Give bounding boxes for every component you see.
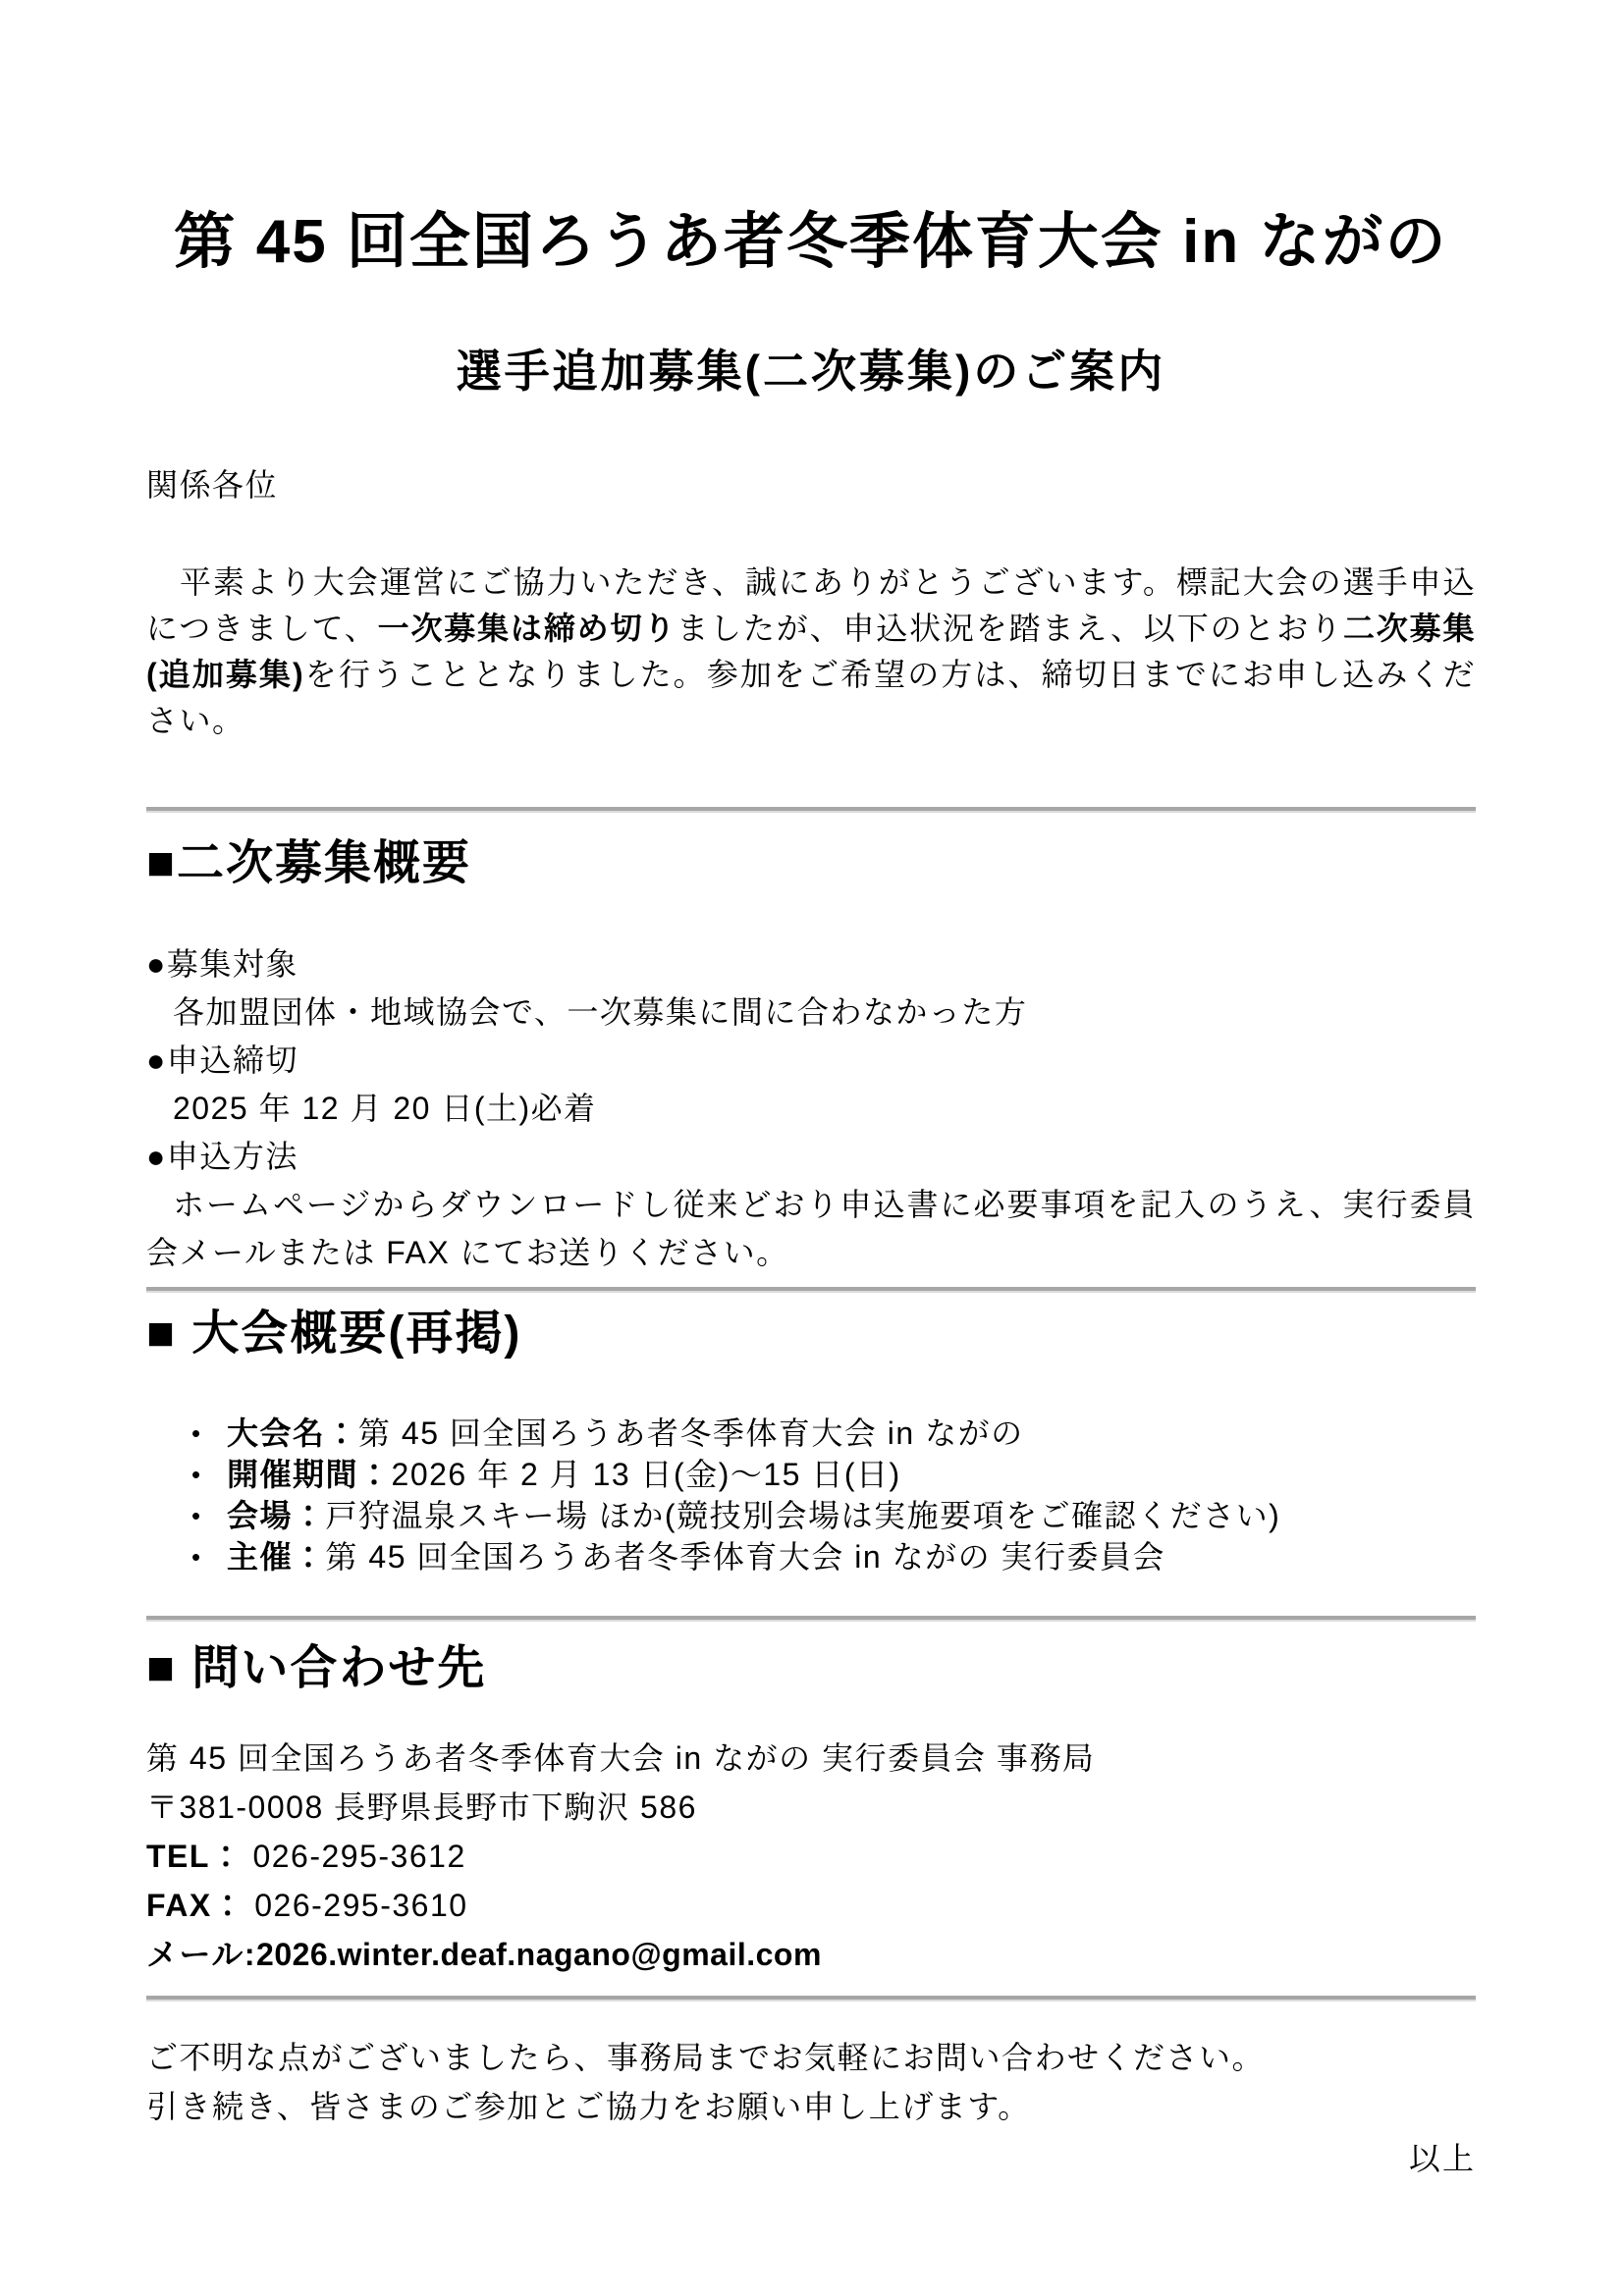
- contact-fax: FAX：026-295-3610: [146, 1890, 1476, 1921]
- bullet-icon: •: [191, 1413, 227, 1454]
- detail-label: 申込締切: [167, 1042, 298, 1078]
- closing-paragraph: ご不明な点がございましたら、事務局までお気軽にお問い合わせください。 引き続き、…: [146, 2033, 1476, 2131]
- horizontal-rule: [146, 1616, 1476, 1622]
- list-item-value: 戸狩温泉スキー場 ほか(競技別会場は実施要項をご確認ください): [326, 1498, 1281, 1533]
- list-item-label: 主催：: [227, 1539, 326, 1575]
- circle-bullet-icon: ●: [146, 946, 167, 982]
- intro-bold-1: 一次募集は締め切り: [378, 611, 677, 646]
- horizontal-rule: [146, 1996, 1476, 2002]
- detail-body: 各加盟団体・地域協会で、一次募集に間に合わなかった方: [146, 988, 1476, 1037]
- list-item-value: 第 45 回全国ろうあ者冬季体育大会 in ながの 実行委員会: [326, 1539, 1165, 1575]
- detail-item-method: ●申込方法: [146, 1133, 1476, 1181]
- detail-label: 募集対象: [167, 946, 298, 982]
- closing-mark: 以上: [146, 2139, 1476, 2178]
- circle-bullet-icon: ●: [146, 1139, 167, 1174]
- list-item-text: 開催期間：2026 年 2 月 13 日(金)～15 日(日): [227, 1454, 901, 1495]
- event-overview-list: • 大会名：第 45 回全国ろうあ者冬季体育大会 in ながの • 開催期間：2…: [146, 1413, 1476, 1577]
- page-subtitle: 選手追加募集(二次募集)のご案内: [146, 346, 1476, 397]
- list-item-label: 開催期間：: [227, 1457, 392, 1492]
- list-item-event-name: • 大会名：第 45 回全国ろうあ者冬季体育大会 in ながの: [146, 1413, 1476, 1454]
- contact-address: 〒381-0008 長野県長野市下駒沢 586: [146, 1791, 1476, 1823]
- section-heading-secondary-recruitment: ■二次募集概要: [146, 836, 1476, 891]
- contact-block: 第 45 回全国ろうあ者冬季体育大会 in ながの 実行委員会 事務局 〒381…: [146, 1742, 1476, 1970]
- detail-body: ホームページからダウンロードし従来どおり申込書に必要事項を記入のうえ、実行委員会…: [146, 1181, 1476, 1277]
- list-item-text: 会場：戸狩温泉スキー場 ほか(競技別会場は実施要項をご確認ください): [227, 1495, 1280, 1536]
- page-title: 第 45 回全国ろうあ者冬季体育大会 in ながの: [146, 208, 1476, 277]
- email-value: 2026.winter.deaf.nagano@gmail.com: [256, 1937, 822, 1972]
- list-item-text: 大会名：第 45 回全国ろうあ者冬季体育大会 in ながの: [227, 1413, 1024, 1454]
- email-label: メール:: [146, 1937, 256, 1972]
- closing-line-2: 引き続き、皆さまのご参加とご協力をお願い申し上げます。: [146, 2082, 1476, 2131]
- section-heading-event-overview: ■ 大会概要(再掲): [146, 1307, 1476, 1362]
- intro-paragraph: 平素より大会運営にご協力いただき、誠にありがとうございます。標記大会の選手申込に…: [146, 560, 1476, 744]
- list-item-organizer: • 主催：第 45 回全国ろうあ者冬季体育大会 in ながの 実行委員会: [146, 1536, 1476, 1577]
- tel-value: 026-295-3612: [252, 1839, 465, 1874]
- intro-text-3: を行うこととなりました。参加をご希望の方は、締切日までにお申し込みください。: [146, 657, 1476, 738]
- circle-bullet-icon: ●: [146, 1042, 167, 1078]
- detail-item-target: ●募集対象: [146, 940, 1476, 988]
- horizontal-rule: [146, 1287, 1476, 1293]
- list-item-venue: • 会場：戸狩温泉スキー場 ほか(競技別会場は実施要項をご確認ください): [146, 1495, 1476, 1536]
- bullet-icon: •: [191, 1495, 227, 1536]
- section-heading-contact: ■ 問い合わせ先: [146, 1641, 1476, 1696]
- document-page: 第 45 回全国ろうあ者冬季体育大会 in ながの 選手追加募集(二次募集)のご…: [0, 0, 1624, 2296]
- list-item-text: 主催：第 45 回全国ろうあ者冬季体育大会 in ながの 実行委員会: [227, 1536, 1165, 1577]
- list-item-value: 第 45 回全国ろうあ者冬季体育大会 in ながの: [358, 1415, 1024, 1451]
- fax-value: 026-295-3610: [254, 1888, 467, 1923]
- list-item-value: 2026 年 2 月 13 日(金)～15 日(日): [392, 1457, 901, 1492]
- list-item-event-dates: • 開催期間：2026 年 2 月 13 日(金)～15 日(日): [146, 1454, 1476, 1495]
- detail-item-deadline: ●申込締切: [146, 1037, 1476, 1085]
- detail-body: 2025 年 12 月 20 日(土)必着: [146, 1085, 1476, 1133]
- bullet-icon: •: [191, 1454, 227, 1495]
- fax-label: FAX：: [146, 1888, 244, 1923]
- salutation: 関係各位: [146, 465, 1476, 505]
- secondary-recruitment-details: ●募集対象 各加盟団体・地域協会で、一次募集に間に合わなかった方 ●申込締切 2…: [146, 940, 1476, 1277]
- bullet-icon: •: [191, 1536, 227, 1577]
- contact-tel: TEL：026-295-3612: [146, 1841, 1476, 1872]
- contact-organization: 第 45 回全国ろうあ者冬季体育大会 in ながの 実行委員会 事務局: [146, 1742, 1476, 1774]
- list-item-label: 会場：: [227, 1498, 326, 1533]
- detail-label: 申込方法: [167, 1139, 298, 1174]
- intro-text-2: ましたが、申込状況を踏まえ、以下のとおり: [677, 611, 1343, 646]
- tel-label: TEL：: [146, 1839, 243, 1874]
- horizontal-rule: [146, 807, 1476, 813]
- contact-email: メール:2026.winter.deaf.nagano@gmail.com: [146, 1939, 1476, 1970]
- list-item-label: 大会名：: [227, 1415, 358, 1451]
- closing-line-1: ご不明な点がございましたら、事務局までお気軽にお問い合わせください。: [146, 2033, 1476, 2082]
